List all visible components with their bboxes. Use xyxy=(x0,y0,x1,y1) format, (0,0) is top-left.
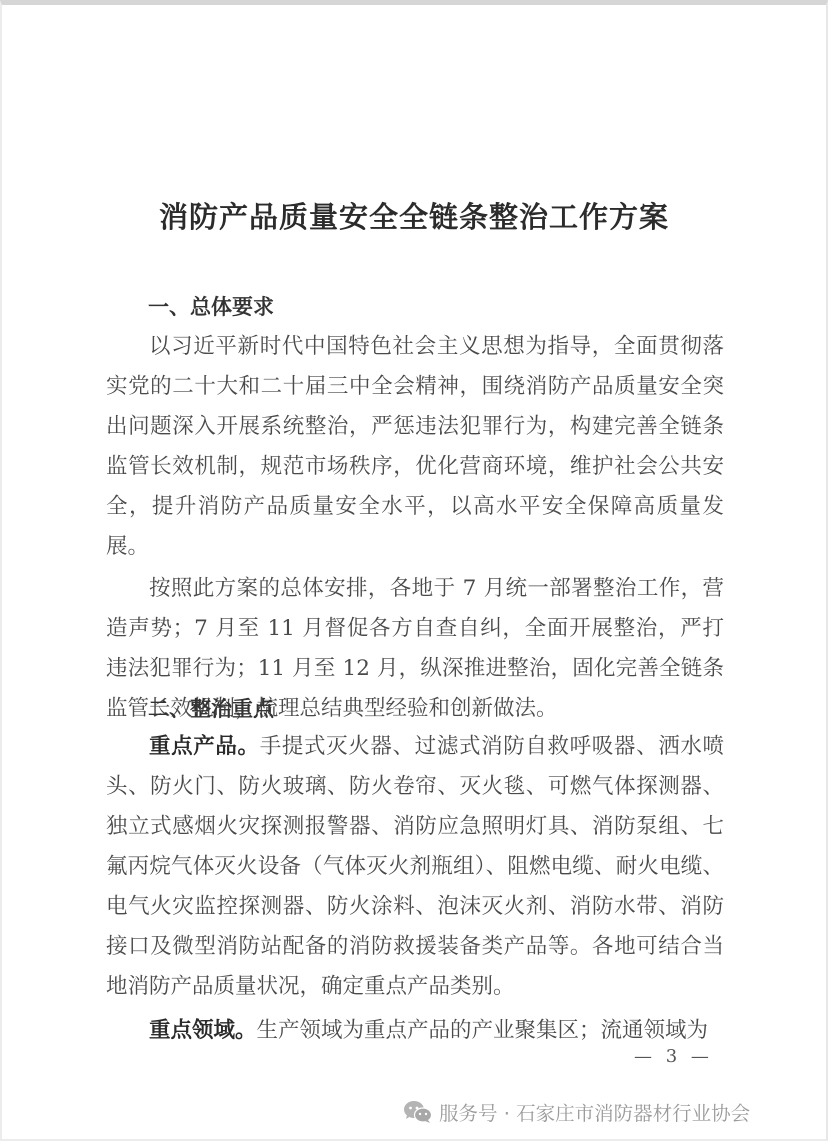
section-key-focus-body: 重点产品。手提式灭火器、过滤式消防自救呼吸器、洒水喷头、防火门、防火玻璃、防火卷… xyxy=(106,727,724,1051)
paragraph-key-products: 重点产品。手提式灭火器、过滤式消防自救呼吸器、洒水喷头、防火门、防火玻璃、防火卷… xyxy=(106,727,724,1007)
paragraph-lead: 重点产品。 xyxy=(149,734,260,759)
section-heading-general-requirements: 一、总体要求 xyxy=(148,291,274,321)
wechat-icon xyxy=(403,1100,433,1124)
document-page: 消防产品质量安全全链条整治工作方案 一、总体要求 以习近平新时代中国特色社会主义… xyxy=(0,0,828,1141)
paragraph-lead: 重点领域。 xyxy=(149,1018,257,1043)
section-general-requirements-body: 以习近平新时代中国特色社会主义思想为指导，全面贯彻落实党的二十大和二十届三中全会… xyxy=(106,327,724,729)
paragraph-text: 手提式灭火器、过滤式消防自救呼吸器、洒水喷头、防火门、防火玻璃、防火卷帘、灭火毯… xyxy=(106,734,724,999)
paragraph-text: 生产领域为重点产品的产业聚集区；流通领域为 xyxy=(257,1018,709,1043)
paragraph-key-areas: 重点领域。生产领域为重点产品的产业聚集区；流通领域为 xyxy=(106,1011,724,1051)
watermark-text: 服务号 · 石家庄市消防器材行业协会 xyxy=(439,1098,750,1126)
document-title: 消防产品质量安全全链条整治工作方案 xyxy=(2,195,826,236)
page-number: — 3 — xyxy=(634,1046,713,1067)
paragraph-text: 以习近平新时代中国特色社会主义思想为指导，全面贯彻落实党的二十大和二十届三中全会… xyxy=(106,334,724,559)
paragraph-guiding-principle: 以习近平新时代中国特色社会主义思想为指导，全面贯彻落实党的二十大和二十届三中全会… xyxy=(106,327,724,567)
section-heading-key-focus: 二、整治重点 xyxy=(148,693,274,723)
source-watermark: 服务号 · 石家庄市消防器材行业协会 xyxy=(403,1098,750,1126)
